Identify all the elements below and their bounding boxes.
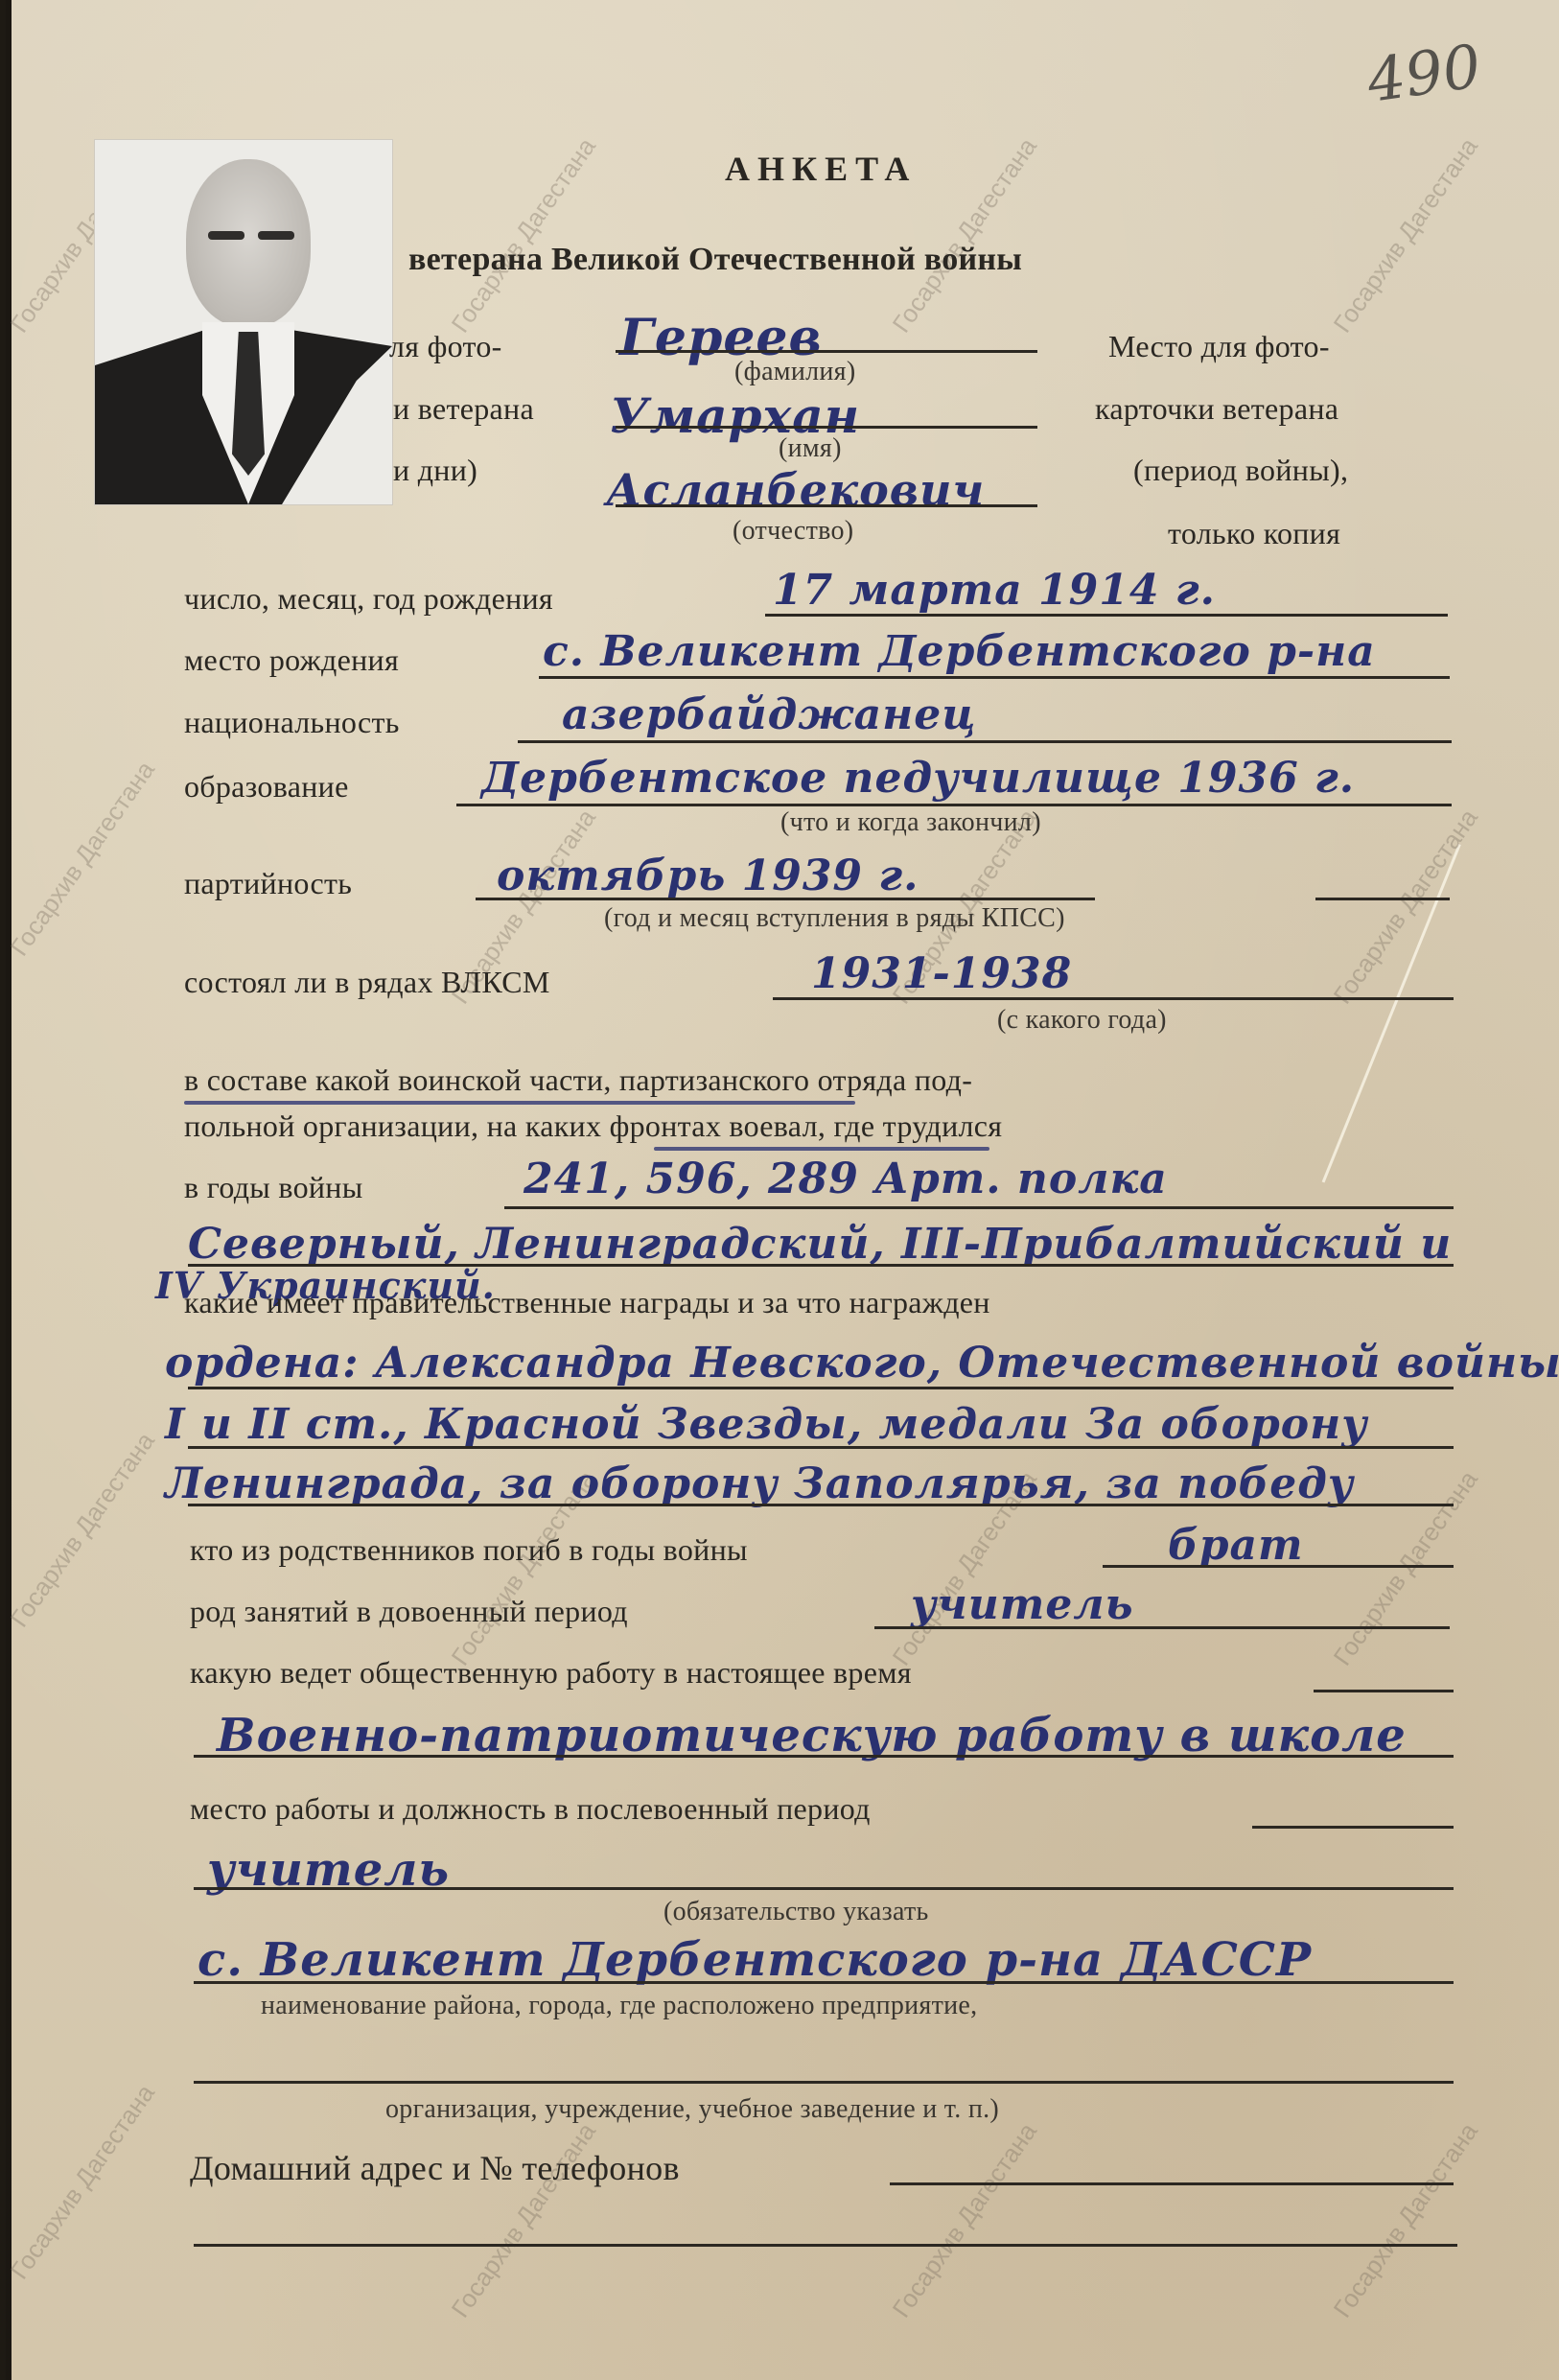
page-edge	[6, 0, 12, 2380]
home-address-line	[890, 2182, 1454, 2185]
relatives-line	[1103, 1565, 1454, 1568]
nationality-value: азербайджанец	[562, 690, 977, 739]
education-line	[456, 804, 1452, 806]
photo-caption-right-2: карточки ветерана	[1095, 391, 1338, 427]
komsomol-hint: (с какого года)	[997, 1005, 1167, 1036]
postwar-job-label: место работы и должность в послевоенный …	[190, 1791, 871, 1827]
postwar-job-hint-3: организация, учреждение, учебное заведен…	[385, 2094, 999, 2125]
komsomol-value: 1931-1938	[811, 949, 1072, 998]
watermark: Госархив Дагестана	[887, 2117, 1043, 2323]
awards-label: какие имеет правительственные награды и …	[184, 1285, 990, 1320]
patronymic-line	[616, 504, 1037, 507]
party-line-end	[1315, 898, 1450, 900]
prewar-occupation-value: учитель	[911, 1580, 1134, 1629]
military-unit-label-2: польной организации, на каких фронтах во…	[184, 1108, 1002, 1144]
photo-caption-right-3: (период войны),	[1133, 453, 1348, 488]
watermark: Госархив Дагестана	[6, 1427, 161, 1633]
first-name-label: (имя)	[779, 433, 842, 464]
photo-caption-right-1: Место для фото-	[1108, 329, 1330, 364]
photo-caption-left-1: ля фото-	[389, 329, 502, 364]
document-page: Госархив Дагестана Госархив Дагестана Го…	[6, 0, 1559, 2380]
photo-caption-left-2: и ветерана	[393, 391, 534, 427]
form-subtitle: ветерана Великой Отечественной войны	[408, 242, 1022, 278]
watermark: Госархив Дагестана	[1328, 2117, 1484, 2323]
education-value: Дербентское педучилище 1936 г.	[481, 754, 1355, 803]
postwar-job-line	[194, 1887, 1454, 1890]
military-unit-line-1	[504, 1206, 1454, 1209]
veteran-photo	[94, 139, 393, 505]
birth-place-value: с. Великент Дербентского р-на	[543, 627, 1376, 676]
awards-value-2: I и II ст., Красной Звезды, медали За об…	[165, 1400, 1368, 1449]
photo-caption-right-4: только копия	[1168, 516, 1340, 551]
party-line	[476, 898, 1095, 900]
patronymic-value: Асланбекович	[606, 464, 985, 516]
watermark: Госархив Дагестана	[6, 756, 161, 962]
postwar-job-hint-2: наименование района, города, где располо…	[261, 1991, 977, 2021]
komsomol-label: состоял ли в рядах ВЛКСМ	[184, 965, 550, 1000]
military-unit-value-1: 241, 596, 289 Арт. полка	[524, 1155, 1168, 1203]
patronymic-label: (отчество)	[733, 516, 853, 547]
watermark: Госархив Дагестана	[1328, 132, 1484, 338]
pen-underline	[184, 1101, 855, 1105]
postwar-job-line-2	[194, 1981, 1454, 1984]
awards-line-1	[188, 1387, 1454, 1389]
awards-line-3	[188, 1504, 1454, 1506]
nationality-line	[518, 740, 1452, 743]
birth-date-line	[765, 614, 1448, 617]
komsomol-line	[773, 997, 1454, 1000]
birth-place-line	[539, 676, 1450, 679]
postwar-job-line-3	[194, 2081, 1454, 2084]
relatives-value: брат	[1168, 1521, 1304, 1570]
relatives-label: кто из родственников погиб в годы войны	[190, 1532, 748, 1568]
surname-line	[616, 350, 1037, 353]
education-hint: (что и когда закончил)	[780, 807, 1041, 838]
public-work-label: какую ведет общественную работу в настоя…	[190, 1655, 912, 1691]
party-hint: (год и месяц вступления в ряды КПСС)	[604, 903, 1065, 934]
nationality-label: национальность	[184, 705, 400, 740]
birth-date-value: 17 марта 1914 г.	[773, 566, 1216, 615]
postwar-job-hint-1: (обязательство указать	[663, 1897, 929, 1927]
prewar-occupation-label: род занятий в довоенный период	[190, 1594, 628, 1629]
public-work-line	[194, 1755, 1454, 1758]
watermark: Госархив Дагестана	[6, 2079, 161, 2285]
home-address-line-2	[194, 2244, 1457, 2247]
form-title: АНКЕТА	[725, 149, 917, 189]
public-work-line-end	[1314, 1690, 1454, 1692]
awards-value-3: Ленинграда, за оборону Заполярья, за поб…	[165, 1459, 1354, 1508]
photo-caption-left-3: и дни)	[393, 453, 477, 488]
party-value: октябрь 1939 г.	[497, 852, 919, 900]
watermark: Госархив Дагестана	[446, 132, 602, 338]
education-label: образование	[184, 769, 349, 805]
birth-date-label: число, месяц, год рождения	[184, 581, 553, 617]
military-unit-label-1: в составе какой воинской части, партизан…	[184, 1062, 972, 1098]
party-label: партийность	[184, 866, 352, 901]
surname-label: (фамилия)	[734, 357, 855, 387]
military-unit-label-3: в годы войны	[184, 1170, 363, 1205]
awards-value-1: ордена: Александра Невского, Отечественн…	[165, 1339, 1559, 1388]
postwar-job-value-2: с. Великент Дербентского р-на ДАССР	[198, 1933, 1312, 1987]
first-name-line	[616, 426, 1037, 429]
birth-place-label: место рождения	[184, 642, 399, 678]
awards-line-2	[188, 1446, 1454, 1449]
home-address-label: Домашний адрес и № телефонов	[190, 2148, 680, 2188]
page-number: 490	[1362, 31, 1484, 116]
paper-crease	[1322, 844, 1461, 1182]
prewar-occupation-line	[874, 1626, 1450, 1629]
pen-underline	[654, 1147, 989, 1151]
postwar-job-line-end	[1252, 1826, 1454, 1829]
military-unit-value-2: Северный, Ленинградский, III-Прибалтийск…	[188, 1220, 1452, 1269]
